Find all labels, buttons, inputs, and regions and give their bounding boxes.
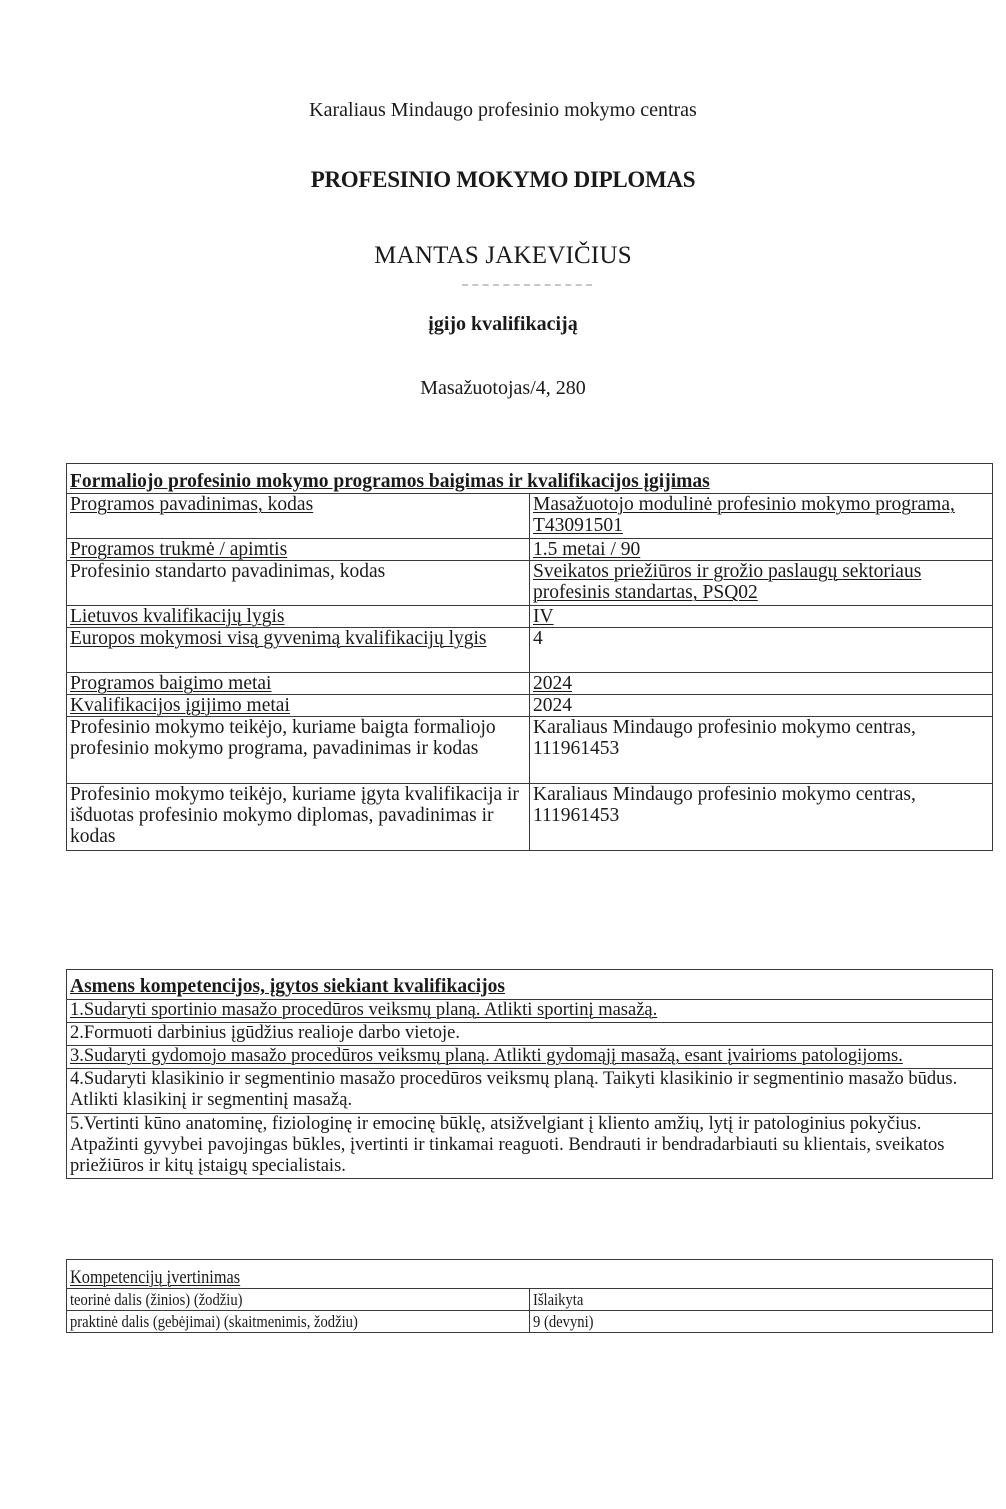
competencies-table: Asmens kompetencijos, įgytos siekiant kv… xyxy=(66,969,993,1179)
table-row: 3.Sudaryti gydomojo masažo procedūros ve… xyxy=(67,1046,993,1069)
row-value: Išlaikyta xyxy=(530,1289,993,1311)
table-row: 2.Formuoti darbinius įgūdžius realioje d… xyxy=(67,1023,993,1046)
table-row: Programos pavadinimas, kodas Masažuotojo… xyxy=(67,494,993,539)
redacted-personal-code xyxy=(462,284,592,290)
row-value: Karaliaus Mindaugo profesinio mokymo cen… xyxy=(530,717,993,784)
institution-name: Karaliaus Mindaugo profesinio mokymo cen… xyxy=(0,99,1006,122)
row-value: Masažuotojo modulinė profesinio mokymo p… xyxy=(530,494,993,539)
competency-item: 1.Sudaryti sportinio masažo procedūros v… xyxy=(67,1000,993,1023)
row-label: praktinė dalis (gebėjimai) (skaitmenimis… xyxy=(67,1311,530,1333)
row-label: Programos baigimo metai xyxy=(67,673,530,695)
program-completion-table: Formaliojo profesinio mokymo programos b… xyxy=(66,463,993,851)
competency-item: 2.Formuoti darbinius įgūdžius realioje d… xyxy=(67,1023,993,1046)
table-row: Lietuvos kvalifikacijų lygis IV xyxy=(67,606,993,628)
row-label: Lietuvos kvalifikacijų lygis xyxy=(67,606,530,628)
row-label: Profesinio mokymo teikėjo, kuriame įgyta… xyxy=(67,784,530,851)
qualification-name: Masažuotojas/4, 280 xyxy=(0,377,1006,400)
table-row: praktinė dalis (gebėjimai) (skaitmenimis… xyxy=(67,1311,993,1333)
table-row: teorinė dalis (žinios) (žodžiu) Išlaikyt… xyxy=(67,1289,993,1311)
assessment-table: Kompetencijų įvertinimas teorinė dalis (… xyxy=(66,1259,993,1333)
table-row: Europos mokymosi visą gyvenimą kvalifika… xyxy=(67,628,993,673)
document-title: PROFESINIO MOKYMO DIPLOMAS xyxy=(0,167,1006,193)
table-row: Profesinio standarto pavadinimas, kodas … xyxy=(67,561,993,606)
row-value: Sveikatos priežiūros ir grožio paslaugų … xyxy=(530,561,993,606)
holder-name: MANTAS JAKEVIČIUS xyxy=(0,242,1006,270)
competencies-table-title: Asmens kompetencijos, įgytos siekiant kv… xyxy=(67,970,993,1000)
assessment-table-title: Kompetencijų įvertinimas xyxy=(67,1260,993,1289)
row-label: Europos mokymosi visą gyvenimą kvalifika… xyxy=(67,628,530,673)
row-value: 2024 xyxy=(530,695,993,717)
row-value: 1.5 metai / 90 xyxy=(530,539,993,561)
table-row: 1.Sudaryti sportinio masažo procedūros v… xyxy=(67,1000,993,1023)
row-label: Profesinio mokymo teikėjo, kuriame baigt… xyxy=(67,717,530,784)
competency-item: 3.Sudaryti gydomojo masažo procedūros ve… xyxy=(67,1046,993,1069)
table-row: Programos trukmė / apimtis 1.5 metai / 9… xyxy=(67,539,993,561)
row-label: teorinė dalis (žinios) (žodžiu) xyxy=(67,1289,530,1311)
competency-item: 5.Vertinti kūno anatominę, fiziologinę i… xyxy=(67,1114,993,1179)
row-label: Kvalifikacijos įgijimo metai xyxy=(67,695,530,717)
row-label: Programos pavadinimas, kodas xyxy=(67,494,530,539)
acquired-qualification-label: įgijo kvalifikaciją xyxy=(0,313,1006,336)
row-value: Karaliaus Mindaugo profesinio mokymo cen… xyxy=(530,784,993,851)
row-value: IV xyxy=(530,606,993,628)
row-label: Programos trukmė / apimtis xyxy=(67,539,530,561)
program-table-title: Formaliojo profesinio mokymo programos b… xyxy=(67,464,993,494)
row-value: 9 (devyni) xyxy=(530,1311,993,1333)
table-row: Profesinio mokymo teikėjo, kuriame įgyta… xyxy=(67,784,993,851)
table-row: Programos baigimo metai 2024 xyxy=(67,673,993,695)
row-value: 4 xyxy=(530,628,993,673)
table-row: Kvalifikacijos įgijimo metai 2024 xyxy=(67,695,993,717)
row-label: Profesinio standarto pavadinimas, kodas xyxy=(67,561,530,606)
row-value: 2024 xyxy=(530,673,993,695)
table-row: Profesinio mokymo teikėjo, kuriame baigt… xyxy=(67,717,993,784)
table-row: 4.Sudaryti klasikinio ir segmentinio mas… xyxy=(67,1069,993,1114)
competency-item: 4.Sudaryti klasikinio ir segmentinio mas… xyxy=(67,1069,993,1114)
table-row: 5.Vertinti kūno anatominę, fiziologinę i… xyxy=(67,1114,993,1179)
